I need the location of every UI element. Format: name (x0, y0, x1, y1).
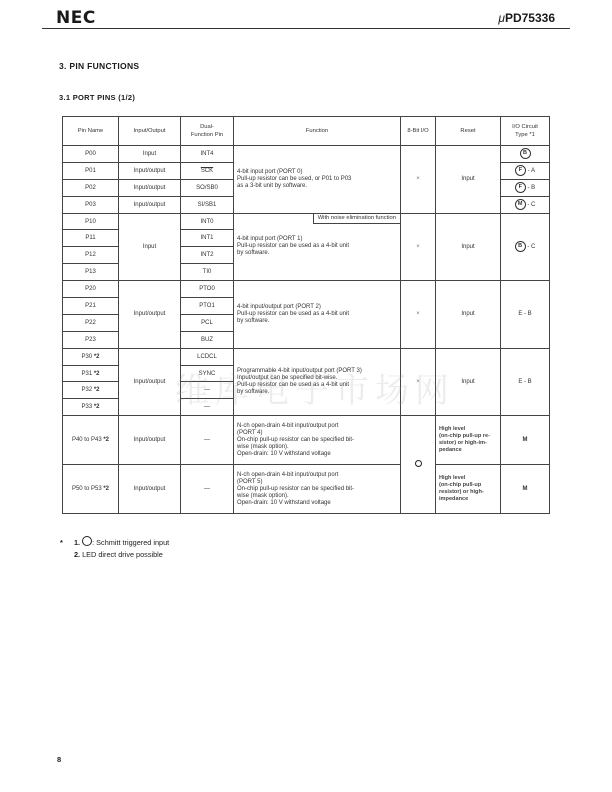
col-header-8bit-io: 8-Bit I/O (401, 117, 436, 146)
col-header-reset: Reset (436, 117, 501, 146)
pin-dual: — (181, 416, 234, 465)
circuit-letter-circle-icon: B (515, 241, 526, 252)
pin-name: P32 *2 (63, 382, 119, 399)
pin-dual: INT2 (181, 247, 234, 264)
pin-name: P00 (63, 146, 119, 163)
pin-dual: INT4 (181, 146, 234, 163)
pin-dual: SCK (181, 162, 234, 179)
pin-reset: Input (436, 146, 501, 214)
pin-dual: BUZ (181, 331, 234, 348)
col-header-pin-name: Pin Name (63, 117, 119, 146)
noise-elimination-note: With noise elimination function (313, 213, 401, 224)
pin-name: P03 (63, 196, 119, 213)
pin-dual: — (181, 465, 234, 514)
pin-dual: — (181, 399, 234, 416)
pin-io: Input/output (119, 162, 181, 179)
pin-dual: SYNC (181, 365, 234, 382)
port-pins-table: Pin Name Input/Output Dual-Function Pin … (62, 116, 549, 514)
pin-name: P20 (63, 281, 119, 298)
col-header-dual-function: Dual-Function Pin (181, 117, 234, 146)
pin-dual: PTO0 (181, 281, 234, 298)
pin-circuit-type: M - C (501, 196, 550, 213)
part-number-text: PD75336 (505, 11, 555, 25)
pin-name: P10 (63, 213, 119, 230)
table-row: P20 Input/output PTO0 4-bit input/output… (63, 281, 550, 298)
pin-dual: SO/SB0 (181, 179, 234, 196)
part-number: μPD75336 (498, 11, 555, 25)
pin-function: 4-bit input port (PORT 0)Pull-up resisto… (234, 146, 401, 214)
pin-dual: PCL (181, 314, 234, 331)
circuit-letter-circle-icon: B (520, 148, 531, 159)
pin-name: P21 (63, 298, 119, 315)
pin-8bit-io: × (401, 146, 436, 214)
pin-name: P11 (63, 230, 119, 247)
table-row: P50 to P53 *2 Input/output — N-ch open-d… (63, 465, 550, 514)
table-row: P30 *2 Input/output LCDCL Programmable 4… (63, 348, 550, 365)
table-header-row: Pin Name Input/Output Dual-Function Pin … (63, 117, 550, 146)
pin-function: With noise elimination function 4-bit in… (234, 213, 401, 281)
pin-function: Programmable 4-bit input/output port (PO… (234, 348, 401, 416)
col-header-circuit-type: I/O CircuitType *1 (501, 117, 550, 146)
pin-io: Input/output (119, 179, 181, 196)
pin-dual: SI/SB1 (181, 196, 234, 213)
pin-name: P01 (63, 162, 119, 179)
pin-8bit-io (401, 416, 436, 514)
pin-dual: INT1 (181, 230, 234, 247)
pin-name: P40 to P43 *2 (63, 416, 119, 465)
pin-function: N-ch open-drain 4-bit input/output port(… (234, 465, 401, 514)
pin-function: N-ch open-drain 4-bit input/output port(… (234, 416, 401, 465)
table-row: P00 Input INT4 4-bit input port (PORT 0)… (63, 146, 550, 163)
pin-circuit-type: M (501, 465, 550, 514)
pin-name: P30 *2 (63, 348, 119, 365)
pin-circuit-type: E - B (501, 348, 550, 416)
pin-circuit-type: B (501, 146, 550, 163)
pin-8bit-io: × (401, 281, 436, 349)
pin-io: Input/output (119, 281, 181, 349)
pin-reset: High level(on-chip pull-up re-sistor) or… (436, 416, 501, 465)
pin-name: P13 (63, 264, 119, 281)
table-row: P10 Input INT0 With noise elimination fu… (63, 213, 550, 230)
pin-name: P23 (63, 331, 119, 348)
footnote-2: 2. LED direct drive possible (60, 549, 169, 561)
pin-io: Input/output (119, 348, 181, 416)
subsection-title: 3.1 PORT PINS (1/2) (59, 93, 135, 102)
pin-reset: High level(on-chip pull-upresistor) or h… (436, 465, 501, 514)
pin-name: P33 *2 (63, 399, 119, 416)
circuit-letter-circle-icon: F (515, 182, 526, 193)
nec-logo: NEC (56, 8, 96, 28)
pin-reset: Input (436, 281, 501, 349)
pin-dual: INT0 (181, 213, 234, 230)
pin-circuit-type: F - A (501, 162, 550, 179)
pin-io: Input/output (119, 416, 181, 465)
pin-dual: TI0 (181, 264, 234, 281)
pin-dual: — (181, 382, 234, 399)
pin-dual: PTO1 (181, 298, 234, 315)
pin-name: P02 (63, 179, 119, 196)
circle-yes-icon (415, 460, 422, 467)
section-title: 3. PIN FUNCTIONS (59, 61, 139, 71)
pin-dual: LCDCL (181, 348, 234, 365)
pin-circuit-type: E - B (501, 281, 550, 349)
part-prefix: μ (498, 11, 505, 25)
pin-circuit-type: B - C (501, 213, 550, 281)
pin-reset: Input (436, 348, 501, 416)
pin-circuit-type: M (501, 416, 550, 465)
pin-name: P12 (63, 247, 119, 264)
pin-reset: Input (436, 213, 501, 281)
pin-8bit-io: × (401, 348, 436, 416)
footnote-1: *1. : Schmitt triggered input (60, 536, 169, 549)
circuit-letter-circle-icon: F (515, 165, 526, 176)
pin-io: Input (119, 213, 181, 281)
header-rule (42, 28, 570, 29)
col-header-io: Input/Output (119, 117, 181, 146)
pin-circuit-type: F - B (501, 179, 550, 196)
pin-function: 4-bit input/output port (PORT 2)Pull-up … (234, 281, 401, 349)
page-number: 8 (57, 755, 61, 764)
pin-8bit-io: × (401, 213, 436, 281)
col-header-function: Function (234, 117, 401, 146)
schmitt-circle-icon (82, 536, 92, 546)
pin-name: P22 (63, 314, 119, 331)
pin-name: P31 *2 (63, 365, 119, 382)
circuit-letter-circle-icon: M (515, 199, 526, 210)
footnotes: *1. : Schmitt triggered input 2. LED dir… (60, 536, 169, 561)
pin-io: Input/output (119, 196, 181, 213)
pin-name: P50 to P53 *2 (63, 465, 119, 514)
pin-io: Input (119, 146, 181, 163)
table-row: P40 to P43 *2 Input/output — N-ch open-d… (63, 416, 550, 465)
pin-io: Input/output (119, 465, 181, 514)
